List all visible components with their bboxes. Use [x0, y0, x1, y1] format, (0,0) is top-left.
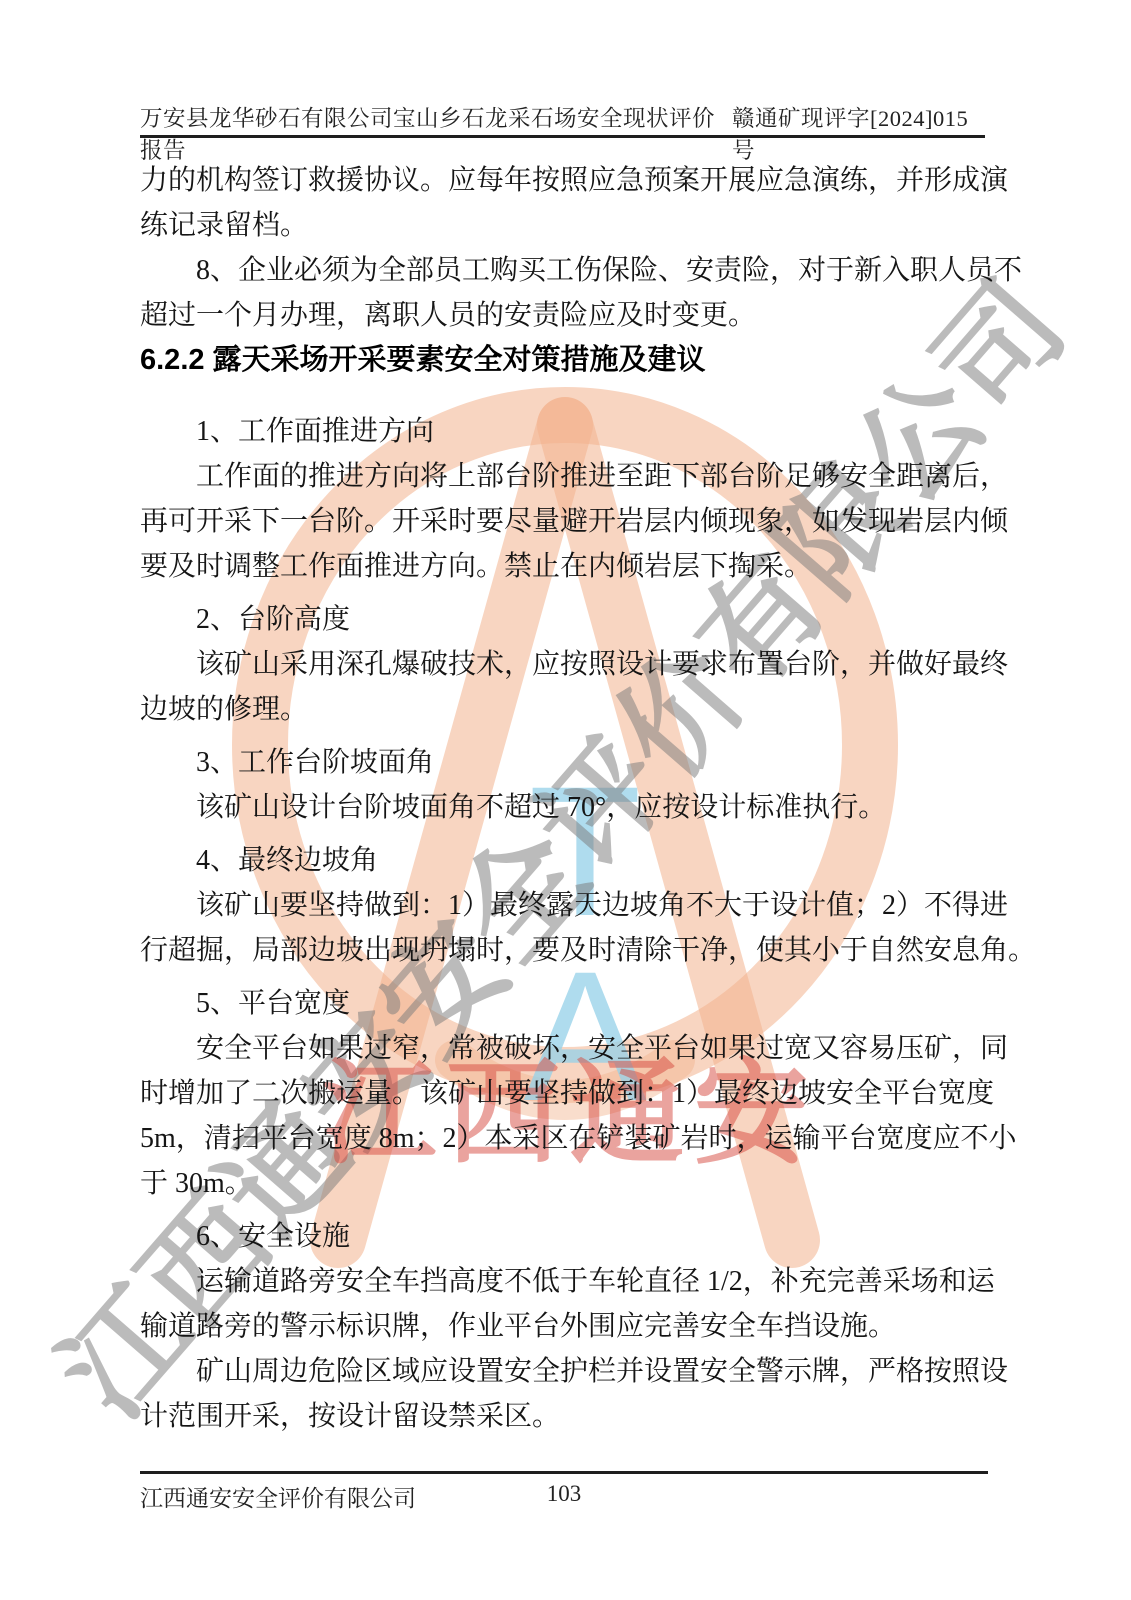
body-line: 该矿山设计台阶坡面角不超过 70°，应按设计标准执行。 [140, 785, 988, 830]
header-report-title: 万安县龙华砂石有限公司宝山乡石龙采石场安全现状评价报告 [140, 101, 732, 165]
body-line: 2、台阶高度 [140, 597, 988, 642]
header-document-number: 赣通矿现评字[2024]015 号 [732, 101, 985, 165]
body-line: 于 30m。 [140, 1161, 988, 1206]
body-line: 6、安全设施 [140, 1214, 988, 1259]
body-line: 超过一个月办理，离职人员的安责险应及时变更。 [140, 293, 988, 338]
body-line: 5m，清扫平台宽度 8m；2）本采区在铲装矿岩时，运输平台宽度应不小 [140, 1116, 988, 1161]
body-line: 该矿山采用深孔爆破技术，应按照设计要求布置台阶，并做好最终 [140, 642, 988, 687]
body-line: 计范围开采，按设计留设禁采区。 [140, 1394, 988, 1439]
body-line: 安全平台如果过窄，常被破坏，安全平台如果过宽又容易压矿，同 [140, 1026, 988, 1071]
body-line: 运输道路旁安全车挡高度不低于车轮直径 1/2，补充完善采场和运 [140, 1259, 988, 1304]
body-line: 1、工作面推进方向 [140, 409, 988, 454]
body-line: 再可开采下一台阶。开采时要尽量避开岩层内倾现象，如发现岩层内倾 [140, 499, 988, 544]
header-rule [140, 135, 985, 138]
body-text: 力的机构签订救援协议。应每年按照应急预案开展应急演练，并形成演练记录留档。8、企… [140, 158, 988, 1439]
body-line: 8、企业必须为全部员工购买工伤保险、安责险，对于新入职人员不 [140, 248, 988, 293]
body-line: 4、最终边坡角 [140, 838, 988, 883]
body-line: 5、平台宽度 [140, 981, 988, 1026]
body-line: 矿山周边危险区域应设置安全护栏并设置安全警示牌，严格按照设 [140, 1349, 988, 1394]
body-line: 边坡的修理。 [140, 687, 988, 732]
footer-rule [140, 1471, 988, 1474]
body-line: 该矿山要坚持做到：1）最终露天边坡角不大于设计值；2）不得进 [140, 883, 988, 928]
footer-page-number: 103 [140, 1481, 988, 1507]
body-line: 练记录留档。 [140, 203, 988, 248]
body-line: 要及时调整工作面推进方向。禁止在内倾岩层下掏采。 [140, 544, 988, 589]
page-header: 万安县龙华砂石有限公司宝山乡石龙采石场安全现状评价报告 赣通矿现评字[2024]… [140, 101, 985, 165]
body-line: 行超掘，局部边坡出现坍塌时，要及时清除干净，使其小于自然安息角。 [140, 928, 988, 973]
body-line: 力的机构签订救援协议。应每年按照应急预案开展应急演练，并形成演 [140, 158, 988, 203]
document-page: T A 江西通安安全评价有限公司 江西通安 万安县龙华砂石有限公司宝山乡石龙采石… [0, 0, 1131, 1600]
body-line: 工作面的推进方向将上部台阶推进至距下部台阶足够安全距离后， [140, 454, 988, 499]
body-line: 输道路旁的警示标识牌，作业平台外围应完善安全车挡设施。 [140, 1304, 988, 1349]
section-heading: 6.2.2 露天采场开采要素安全对策措施及建议 [140, 338, 988, 383]
body-line: 时增加了二次搬运量。该矿山要坚持做到：1）最终边坡安全平台宽度 [140, 1071, 988, 1116]
body-line: 3、工作台阶坡面角 [140, 740, 988, 785]
